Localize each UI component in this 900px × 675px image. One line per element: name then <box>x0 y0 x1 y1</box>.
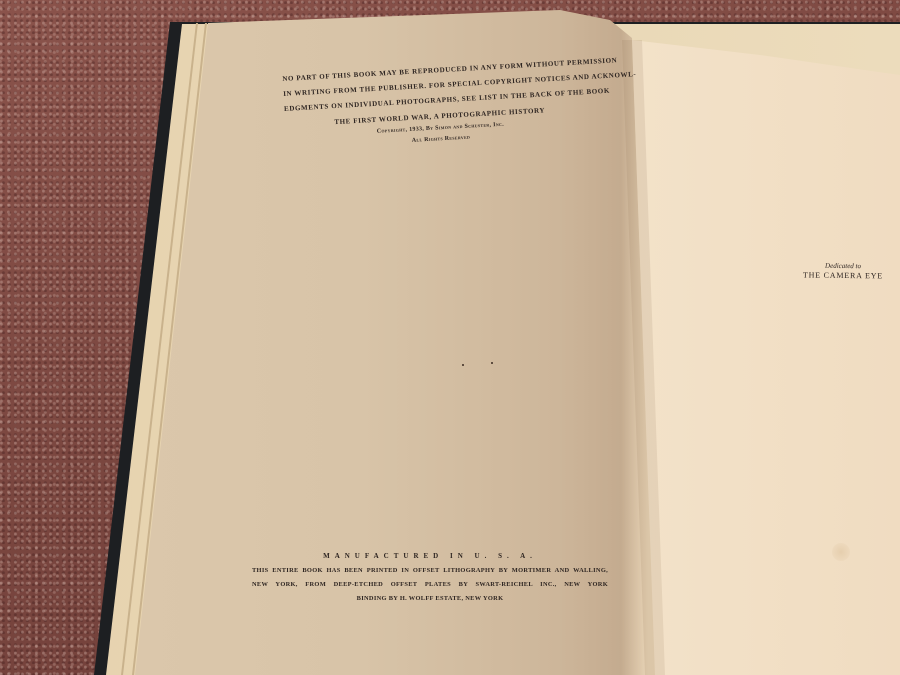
manufacturing-block: Manufactured in U. S. A. This entire boo… <box>252 548 608 606</box>
dedication-name: The Camera Eye <box>800 271 886 281</box>
page-speck <box>462 364 464 366</box>
printing-note-line: Binding by H. Wolff Estate, New York <box>252 592 608 606</box>
printing-note-line: New York, from deep-etched offset plates… <box>252 578 608 592</box>
page-speck <box>491 362 493 364</box>
copyright-block: No part of this book may be reproduced i… <box>282 55 596 154</box>
dedication-block: Dedicated to The Camera Eye <box>800 261 886 281</box>
manufactured-in-usa: Manufactured in U. S. A. <box>252 548 608 564</box>
page-stain <box>832 543 850 561</box>
printing-note-line: This entire book has been printed in off… <box>252 564 608 578</box>
